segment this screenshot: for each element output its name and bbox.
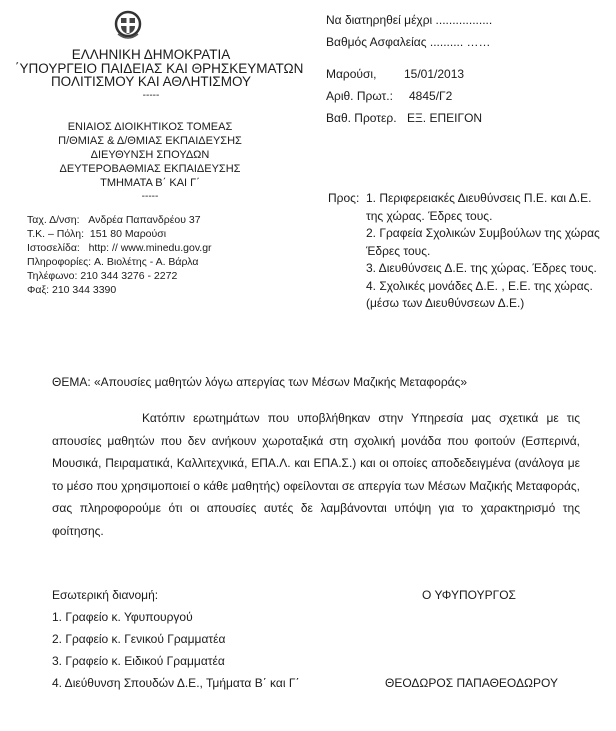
- distribution-item: 2. Γραφείο κ. Γενικού Γραμματέα: [52, 628, 299, 650]
- unit-line: ΔΕΥΤΕΡΟΒΑΘΜΙΑΣ ΕΚΠΑΙΔΕΥΣΗΣ: [30, 162, 270, 176]
- contact-fax: Φαξ: 210 344 3390: [27, 283, 212, 297]
- recipient-line: Έδρες τους.: [366, 243, 600, 261]
- priority-line: Βαθ. Προτερ.ΕΞ. ΕΠΕΙΓΟΝ: [326, 107, 492, 129]
- ministry-line: ΠΟΛΙΤΙΣΜΟΥ ΚΑΙ ΑΘΛΗΤΙΣΜΟΥ: [15, 75, 287, 89]
- website-link[interactable]: http: // www.minedu.gov.gr: [89, 242, 212, 254]
- unit-line: ΕΝΙΑΙΟΣ ΔΙΟΙΚΗΤΙΚΟΣ ΤΟΜΕΑΣ: [30, 120, 270, 134]
- document-date: 15/01/2013: [404, 67, 464, 81]
- separator: -----: [30, 190, 270, 204]
- signature-title: Ο ΥΦΥΠΟΥΡΓΟΣ: [422, 584, 516, 606]
- unit-header: ΕΝΙΑΙΟΣ ΔΙΟΙΚΗΤΙΚΟΣ ΤΟΜΕΑΣ Π/ΘΜΙΑΣ & Δ/Θ…: [30, 120, 270, 204]
- contact-info-persons: Πληροφορίες: Α. Βιολέτης - Α. Βάρλα: [27, 255, 212, 269]
- signature-name: ΘΕΟΔΩΡΟΣ ΠΑΠΑΘΕΟΔΩΡΟΥ: [385, 672, 558, 694]
- contact-website: Ιστοσελίδα: http: // www.minedu.gov.gr: [27, 241, 212, 255]
- separator: -----: [15, 89, 287, 103]
- distribution-label: Εσωτερική διανομή:: [52, 584, 299, 606]
- contact-phone: Τηλέφωνο: 210 344 3276 - 2272: [27, 269, 212, 283]
- security-field: Βαθμός Ασφαλείας .......... ……: [326, 31, 492, 53]
- contact-postcode: Τ.Κ. – Πόλη: 151 80 Μαρούσι: [27, 227, 212, 241]
- recipients-label: Προς:: [328, 190, 359, 208]
- recipient-line: της χώρας. Έδρες τους.: [366, 208, 600, 226]
- distribution-item: 3. Γραφείο κ. Ειδικού Γραμματέα: [52, 650, 299, 672]
- greek-coat-of-arms-icon: [113, 10, 143, 44]
- internal-distribution: Εσωτερική διανομή: 1. Γραφείο κ. Υφυπουρ…: [52, 584, 299, 694]
- recipient-line: 1. Περιφερειακές Διευθύνσεις Π.Ε. και Δ.…: [366, 190, 600, 208]
- unit-line: ΤΜΗΜΑΤΑ Β΄ ΚΑΙ Γ΄: [30, 176, 270, 190]
- contact-info: Ταχ. Δ/νση: Ανδρέα Παπανδρέου 37 Τ.Κ. – …: [27, 213, 212, 297]
- recipient-line: 3. Διευθύνσεις Δ.Ε. της χώρας. Έδρες του…: [366, 260, 600, 278]
- ministry-header: ΕΛΛΗΝΙΚΗ ΔΗΜΟΚΡΑΤΙΑ ΄ΥΠΟΥΡΓΕΙΟ ΠΑΙΔΕΙΑΣ …: [15, 48, 287, 102]
- distribution-item: 1. Γραφείο κ. Υφυπουργού: [52, 606, 299, 628]
- document-meta: Να διατηρηθεί μέχρι ................. Βα…: [326, 9, 492, 129]
- unit-line: ΔΙΕΥΘΥΝΣΗ ΣΠΟΥΔΩΝ: [30, 148, 270, 162]
- priority-value: ΕΞ. ΕΠΕΙΓΟΝ: [407, 111, 482, 125]
- date-line: Μαρούσι,15/01/2013: [326, 63, 492, 85]
- contact-address: Ταχ. Δ/νση: Ανδρέα Παπανδρέου 37: [27, 213, 212, 227]
- ministry-line: ΕΛΛΗΝΙΚΗ ΔΗΜΟΚΡΑΤΙΑ: [15, 48, 287, 62]
- unit-line: Π/ΘΜΙΑΣ & Δ/ΘΜΙΑΣ ΕΚΠΑΙΔΕΥΣΗΣ: [30, 134, 270, 148]
- body-paragraph: Κατόπιν ερωτημάτων που υποβλήθηκαν στην …: [52, 407, 580, 542]
- protocol-number: 4845/Γ2: [409, 89, 452, 103]
- subject-line: ΘΕΜΑ: «Απουσίες μαθητών λόγω απεργίας τω…: [52, 375, 467, 389]
- retention-field: Να διατηρηθεί μέχρι .................: [326, 9, 492, 31]
- recipient-line: (μέσω των Διευθύνσεων Δ.Ε.): [366, 295, 600, 313]
- distribution-item: 4. Διεύθυνση Σπουδών Δ.Ε., Τμήματα Β΄ κα…: [52, 672, 299, 694]
- ministry-line: ΄ΥΠΟΥΡΓΕΙΟ ΠΑΙΔΕΙΑΣ ΚΑΙ ΘΡΗΣΚΕΥΜΑΤΩΝ: [15, 62, 287, 76]
- recipient-line: 4. Σχολικές μονάδες Δ.Ε. , Ε.Ε. της χώρα…: [366, 278, 600, 296]
- recipient-line: 2. Γραφεία Σχολικών Συμβούλων της χώρας: [366, 225, 600, 243]
- protocol-line: Αριθ. Πρωτ.:4845/Γ2: [326, 85, 492, 107]
- recipients-block: Προς: 1. Περιφερειακές Διευθύνσεις Π.Ε. …: [328, 190, 600, 313]
